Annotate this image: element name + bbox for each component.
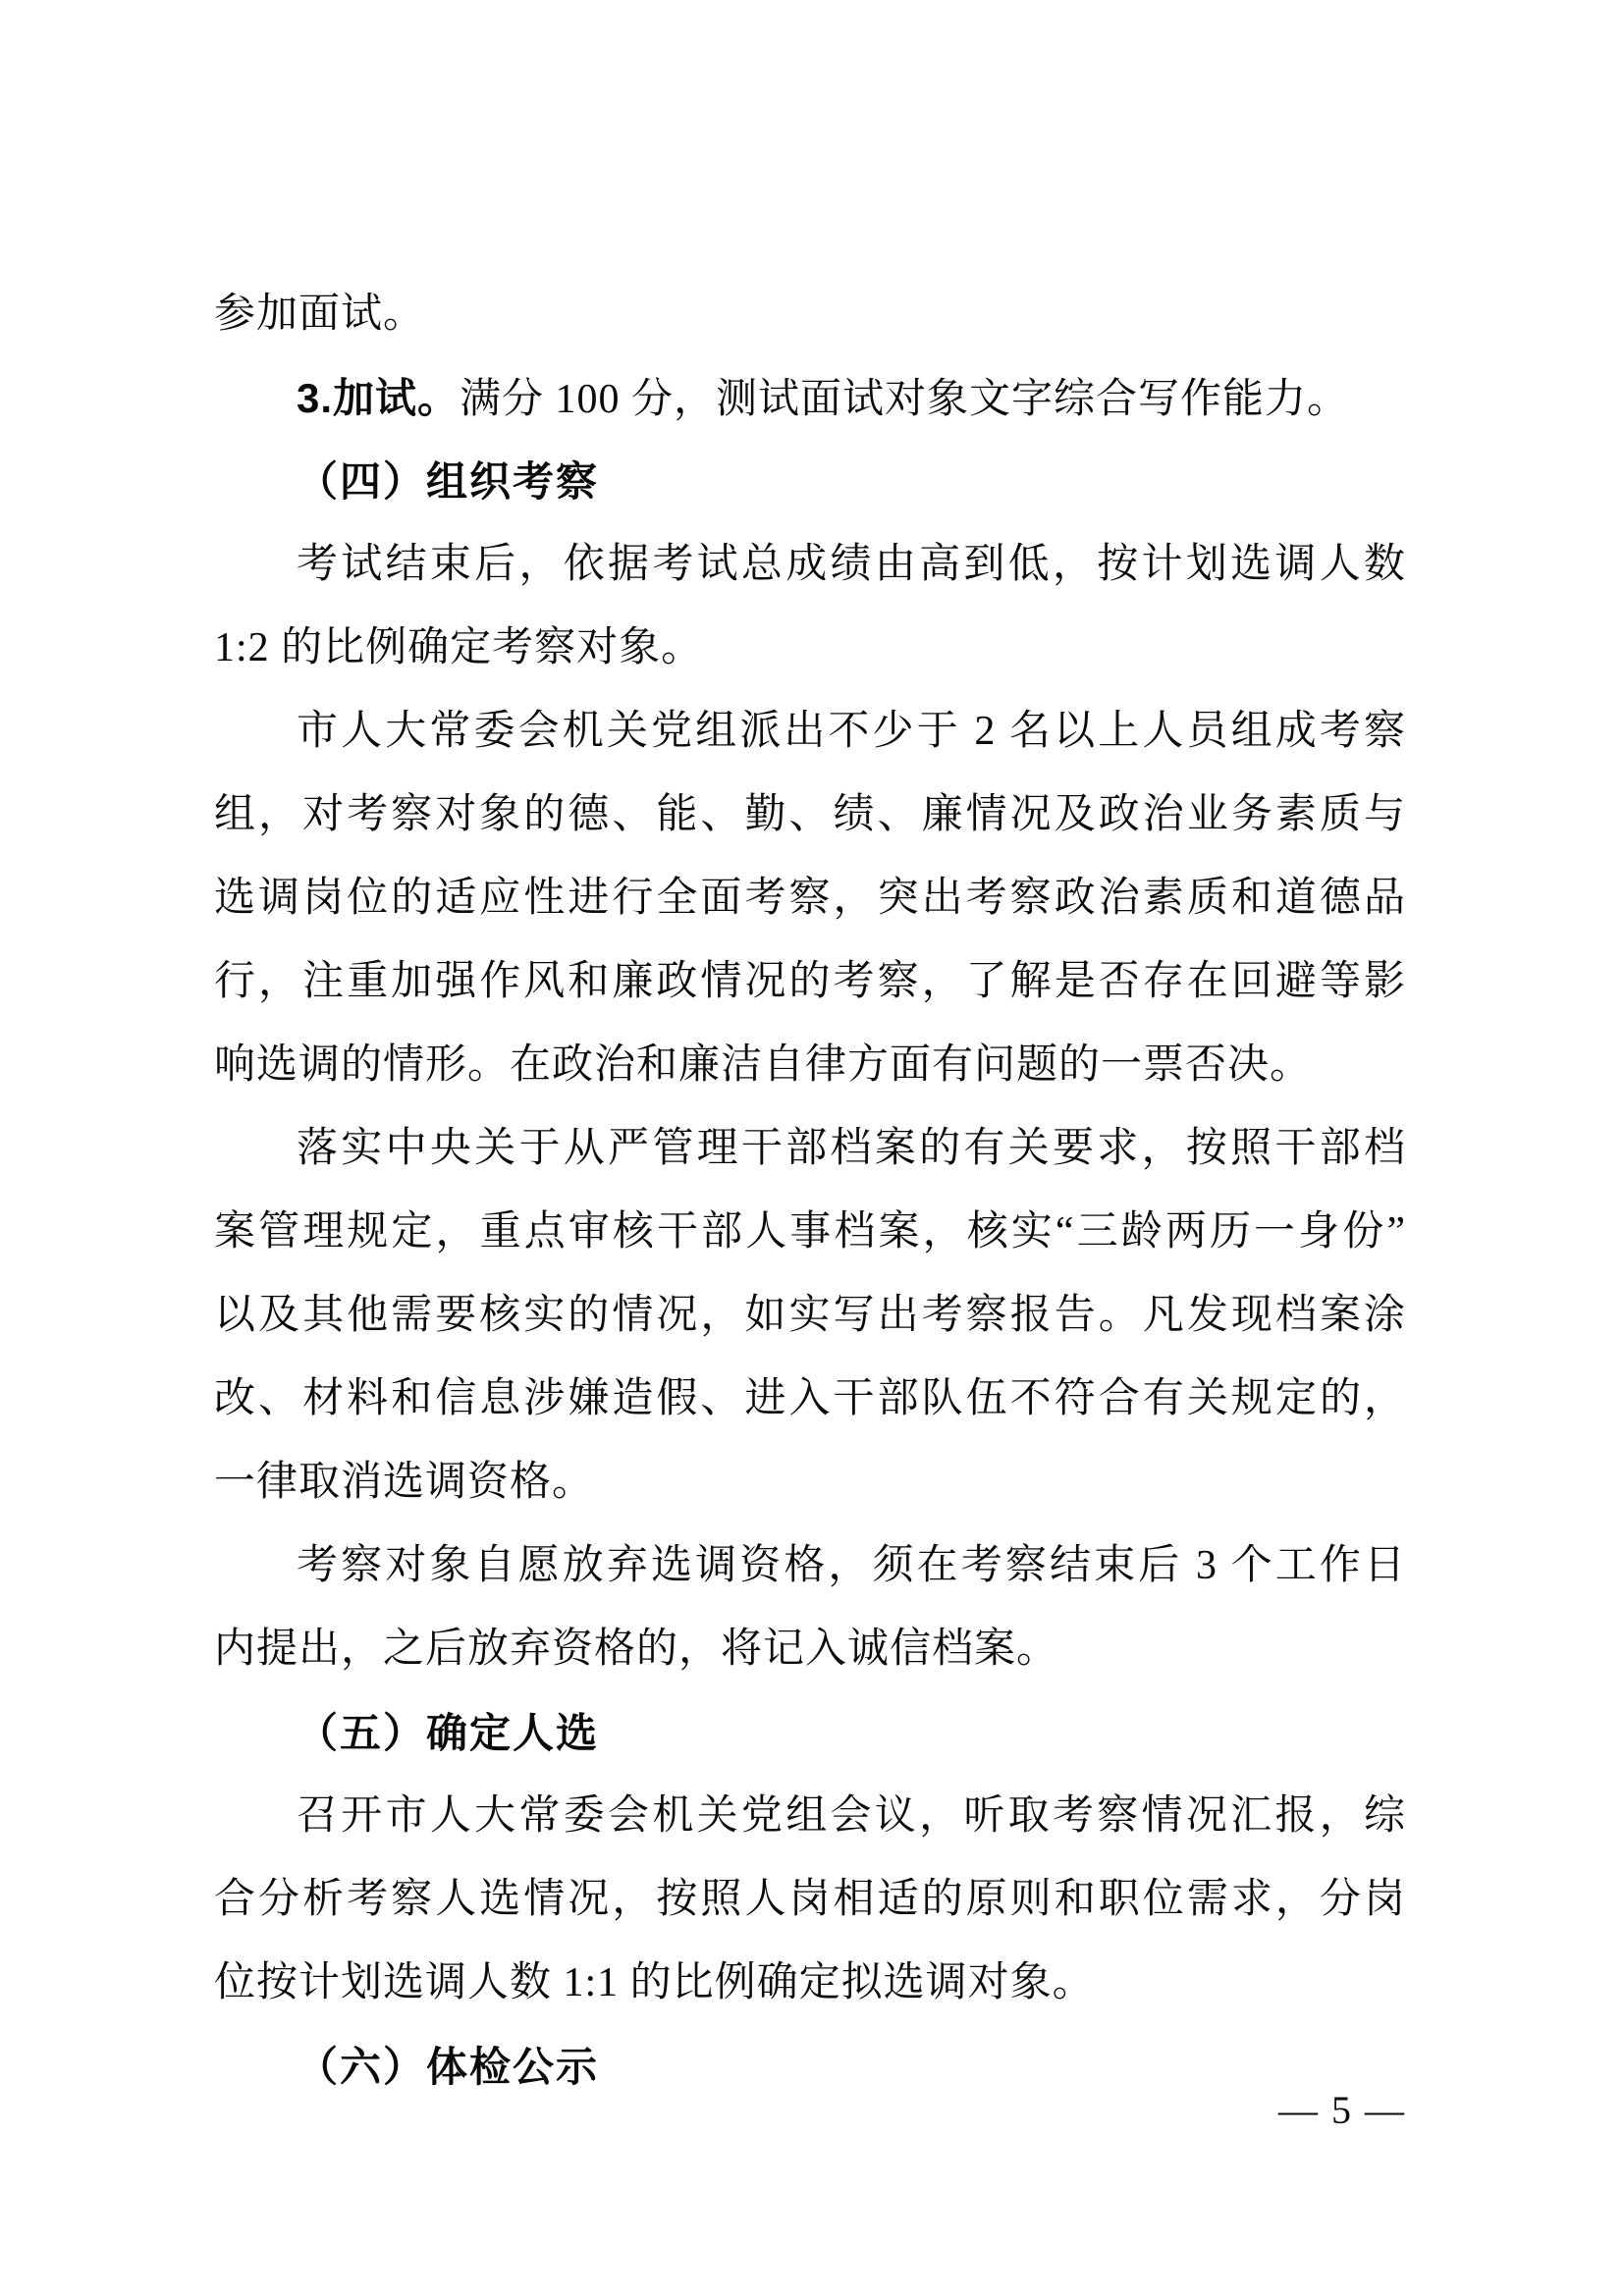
document-line: 改、材料和信息涉嫌造假、进入干部队伍不符合有关规定的， [214, 1358, 1406, 1441]
document-line: 考察对象自愿放弃选调资格，须在考察结束后 3 个工作日 [214, 1524, 1406, 1608]
document-line: 3.加试。满分 100 分，测试面试对象文字综合写作能力。 [214, 356, 1406, 440]
document-line: 落实中央关于从严管理干部档案的有关要求，按照干部档 [214, 1107, 1406, 1191]
document-line: 1:2 的比例确定考察对象。 [214, 607, 1406, 690]
section-heading: （五）确定人选 [214, 1691, 1406, 1775]
document-line: 响选调的情形。在政治和廉洁自律方面有问题的一票否决。 [214, 1024, 1406, 1107]
section-heading: （四）组织考察 [214, 440, 1406, 523]
document-line: 考试结束后，依据考试总成绩由高到低，按计划选调人数 [214, 523, 1406, 607]
page-number: — 5 — [1278, 2088, 1406, 2132]
page-footer: — 5 — [214, 2073, 1406, 2148]
document-body: 参加面试。3.加试。满分 100 分，测试面试对象文字综合写作能力。（四）组织考… [214, 273, 1406, 2109]
line-text: 满分 100 分，测试面试对象文字综合写作能力。 [460, 377, 1349, 422]
document-page: 参加面试。3.加试。满分 100 分，测试面试对象文字综合写作能力。（四）组织考… [0, 0, 1624, 2296]
document-line: 一律取消选调资格。 [214, 1441, 1406, 1524]
document-line: 市人大常委会机关党组派出不少于 2 名以上人员组成考察 [214, 690, 1406, 774]
document-line: 合分析考察人选情况，按照人岗相适的原则和职位需求，分岗 [214, 1858, 1406, 1942]
document-line: 案管理规定，重点审核干部人事档案，核实“三龄两历一身份” [214, 1191, 1406, 1274]
document-line: 位按计划选调人数 1:1 的比例确定拟选调对象。 [214, 1942, 1406, 2025]
line-bold-prefix: 3.加试。 [297, 375, 460, 421]
document-line: 选调岗位的适应性进行全面考察，突出考察政治素质和道德品 [214, 857, 1406, 940]
document-line: 行，注重加强作风和廉政情况的考察，了解是否存在回避等影 [214, 940, 1406, 1024]
document-line: 参加面试。 [214, 273, 1406, 356]
document-line: 内提出，之后放弃资格的，将记入诚信档案。 [214, 1608, 1406, 1691]
document-line: 以及其他需要核实的情况，如实写出考察报告。凡发现档案涂 [214, 1274, 1406, 1358]
document-line: 召开市人大常委会机关党组会议，听取考察情况汇报，综 [214, 1775, 1406, 1858]
document-line: 组，对考察对象的德、能、勤、绩、廉情况及政治业务素质与 [214, 774, 1406, 857]
